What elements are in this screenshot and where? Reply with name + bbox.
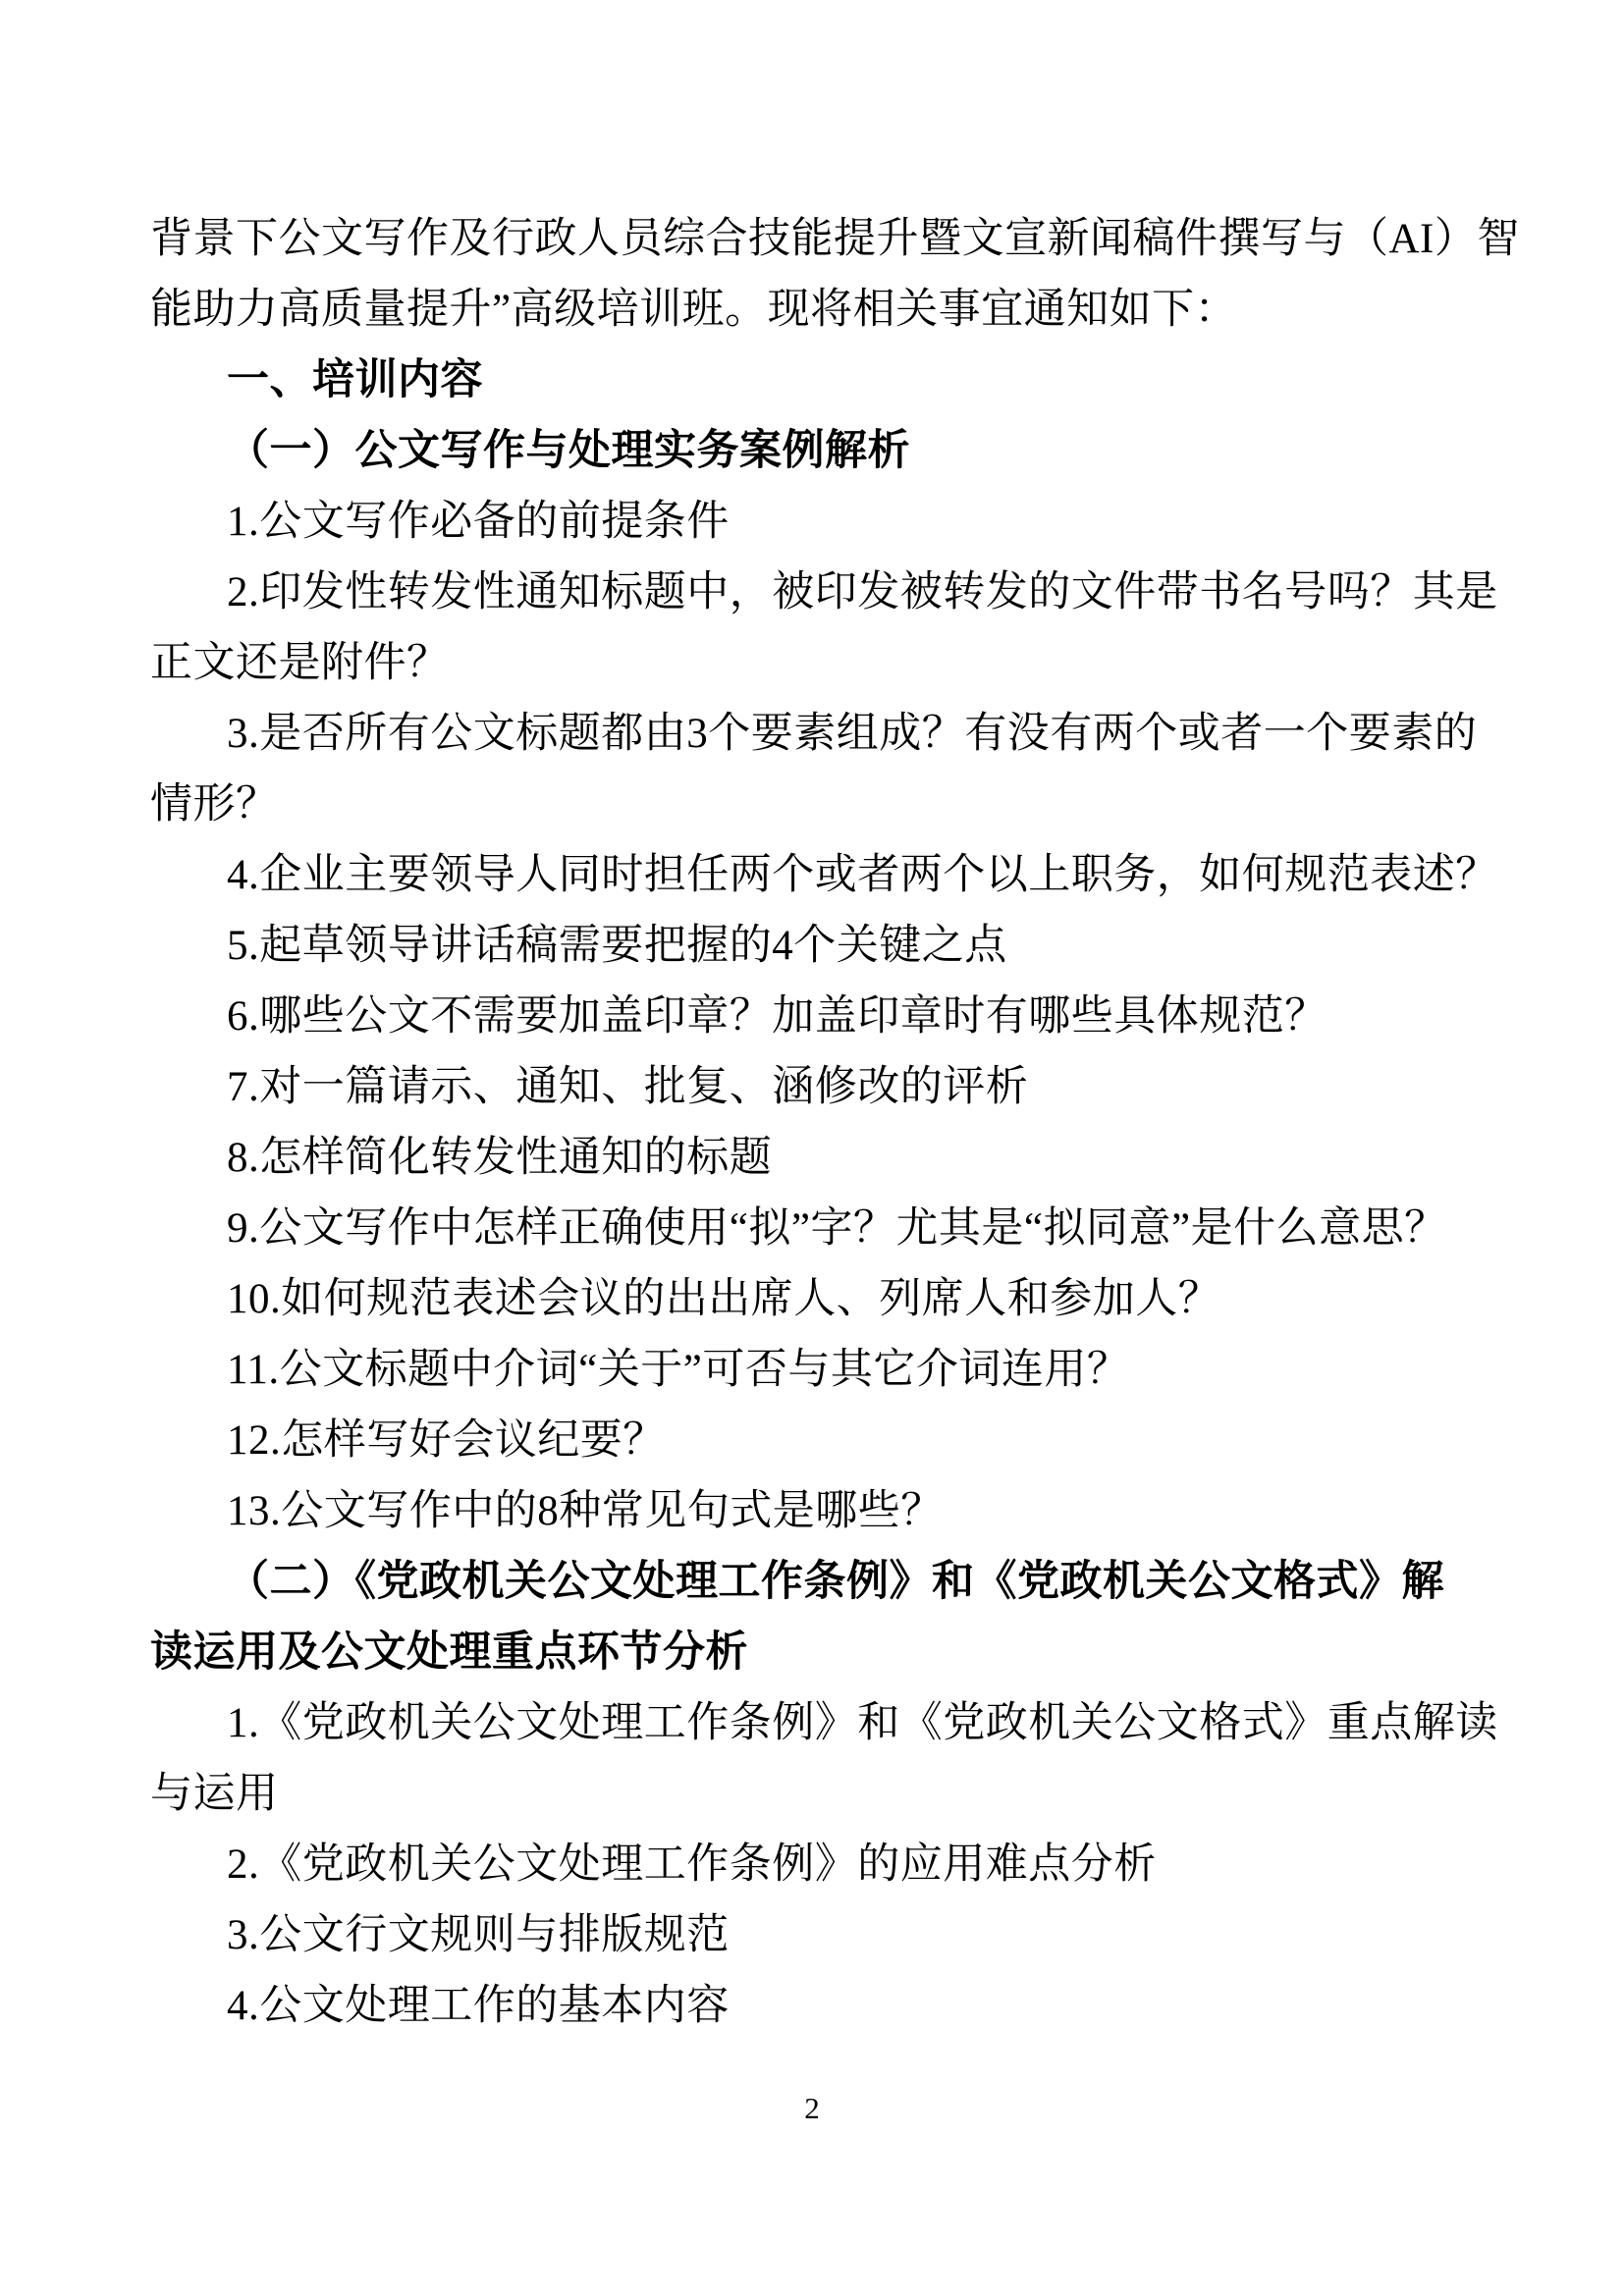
list-item-s2-1-continuation: 与运用 <box>150 1759 1484 1830</box>
section-heading-training-content: 一、培训内容 <box>150 346 1484 416</box>
list-item-6: 6.哪些公文不需要加盖印章？加盖印章时有哪些具体规范？ <box>150 982 1484 1052</box>
subsection-heading-1: （一）公文写作与处理实务案例解析 <box>150 416 1484 487</box>
list-item-13: 13.公文写作中的8种常见句式是哪些？ <box>150 1476 1484 1547</box>
list-item-7: 7.对一篇请示、通知、批复、涵修改的评析 <box>150 1052 1484 1123</box>
list-item-2: 2.印发性转发性通知标题中，被印发被转发的文件带书名号吗？其是 <box>150 558 1484 628</box>
paragraph-continuation-line: 能助力高质量提升”高级培训班。现将相关事宜通知如下： <box>150 275 1484 346</box>
document-page: 背景下公文写作及行政人员综合技能提升暨文宣新闻稿件撰写与（AI）智 能助力高质量… <box>0 0 1624 2296</box>
list-item-s2-4: 4.公文处理工作的基本内容 <box>150 1971 1484 2042</box>
list-item-9: 9.公文写作中怎样正确使用“拟”字？尤其是“拟同意”是什么意思？ <box>150 1194 1484 1264</box>
list-item-3-continuation: 情形？ <box>150 770 1484 840</box>
paragraph-continuation-line: 背景下公文写作及行政人员综合技能提升暨文宣新闻稿件撰写与（AI）智 <box>150 204 1484 275</box>
list-item-8: 8.怎样简化转发性通知的标题 <box>150 1123 1484 1194</box>
document-body: 背景下公文写作及行政人员综合技能提升暨文宣新闻稿件撰写与（AI）智 能助力高质量… <box>150 204 1484 2042</box>
list-item-5: 5.起草领导讲话稿需要把握的4个关键之点 <box>150 911 1484 982</box>
list-item-12: 12.怎样写好会议纪要？ <box>150 1406 1484 1476</box>
list-item-4: 4.企业主要领导人同时担任两个或者两个以上职务，如何规范表述？ <box>150 840 1484 911</box>
list-item-2-continuation: 正文还是附件？ <box>150 628 1484 699</box>
list-item-s2-3: 3.公文行文规则与排版规范 <box>150 1900 1484 1971</box>
page-number: 2 <box>0 2089 1624 2128</box>
list-item-3: 3.是否所有公文标题都由3个要素组成？有没有两个或者一个要素的 <box>150 699 1484 770</box>
list-item-10: 10.如何规范表述会议的出出席人、列席人和参加人？ <box>150 1264 1484 1335</box>
list-item-11: 11.公文标题中介词“关于”可否与其它介词连用？ <box>150 1335 1484 1406</box>
list-item-s2-2: 2.《党政机关公文处理工作条例》的应用难点分析 <box>150 1830 1484 1900</box>
subsection-heading-2-continuation: 读运用及公文处理重点环节分析 <box>150 1618 1484 1688</box>
list-item-1: 1.公文写作必备的前提条件 <box>150 487 1484 558</box>
subsection-heading-2: （二）《党政机关公文处理工作条例》和《党政机关公文格式》解 <box>150 1547 1484 1618</box>
list-item-s2-1: 1.《党政机关公文处理工作条例》和《党政机关公文格式》重点解读 <box>150 1688 1484 1759</box>
